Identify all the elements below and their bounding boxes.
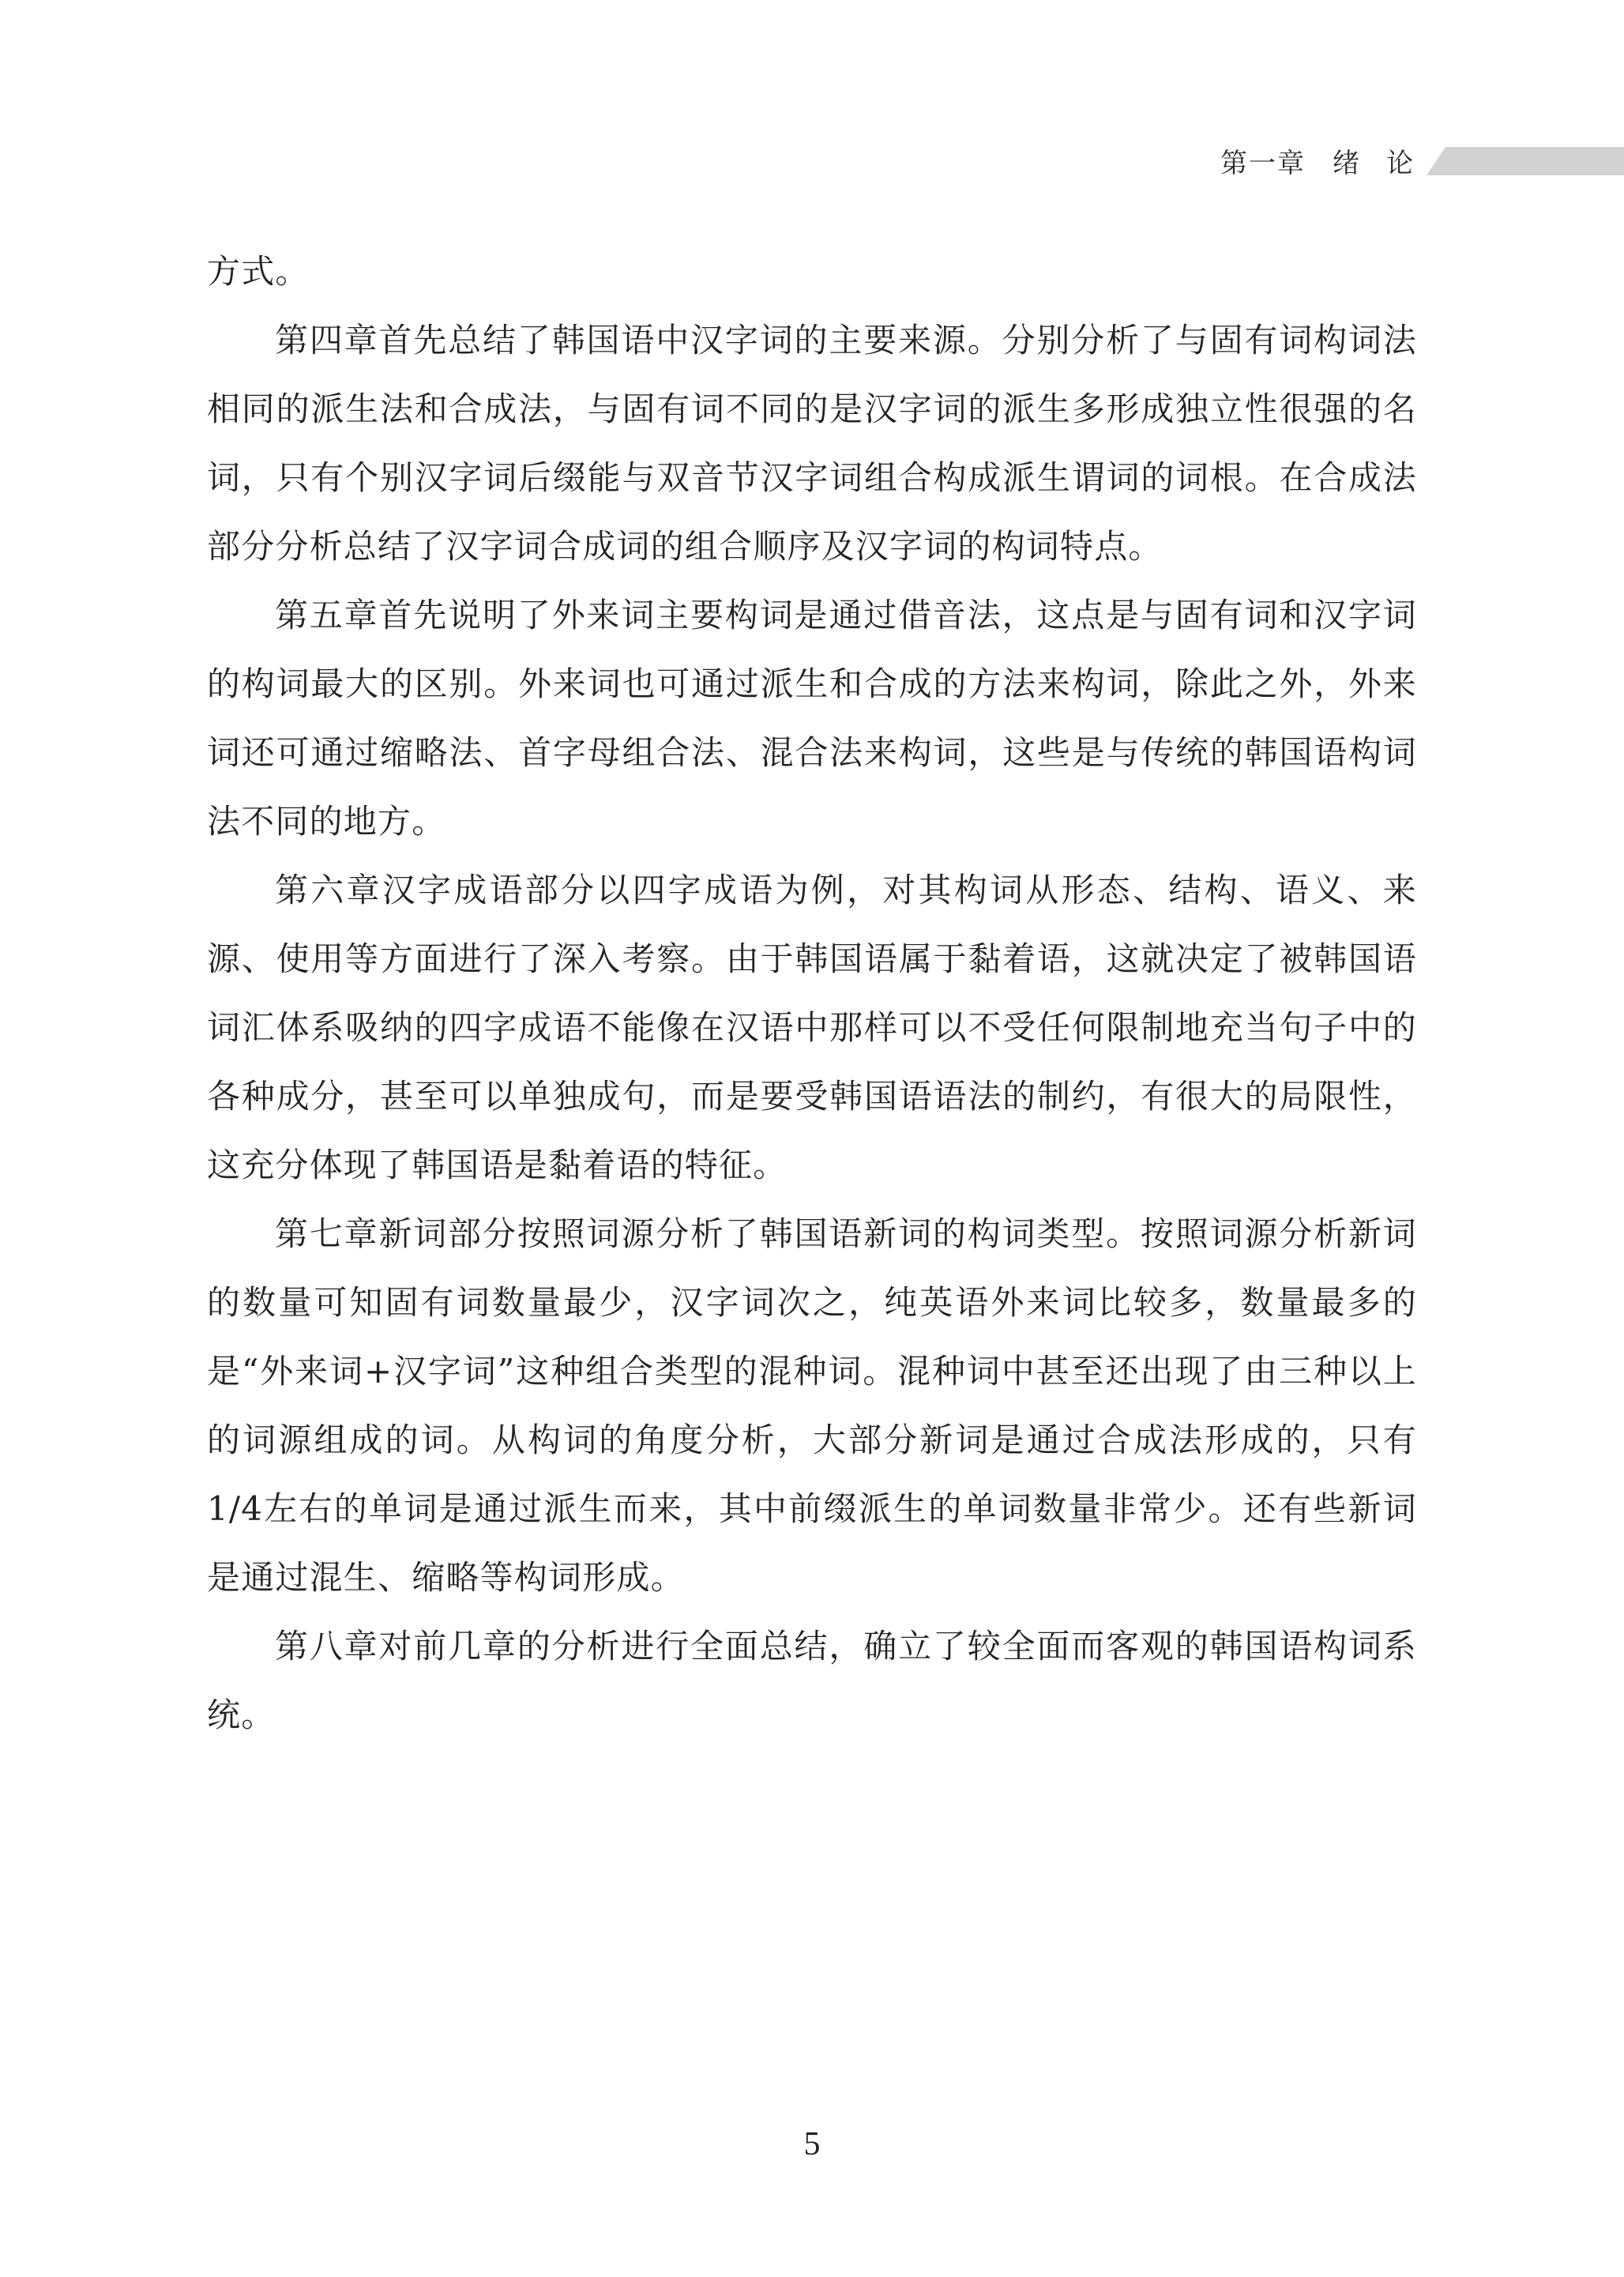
chapter-title-char-2: 论 (1386, 141, 1415, 180)
paragraph-chapter-5-summary: 第五章首先说明了外来词主要构词是通过借音法，这点是与固有词和汉字词的构词最大的区… (207, 581, 1417, 856)
paragraph-chapter-6-summary: 第六章汉字成语部分以四字成语为例，对其构词从形态、结构、语义、来源、使用等方面进… (207, 856, 1417, 1199)
paragraph-chapter-8-summary: 第八章对前几章的分析进行全面总结，确立了较全面而客观的韩国语构词系统。 (207, 1612, 1417, 1749)
header-decorative-bar (1427, 147, 1624, 175)
paragraph-chapter-4-summary: 第四章首先总结了韩国语中汉字词的主要来源。分别分析了与固有词构词法相同的派生法和… (207, 306, 1417, 581)
page-number: 5 (0, 2125, 1624, 2163)
chapter-number: 第一章 (1220, 141, 1306, 180)
paragraph-continuation: 方式。 (207, 237, 1417, 306)
body-text: 方式。 第四章首先总结了韩国语中汉字词的主要来源。分别分析了与固有词构词法相同的… (207, 237, 1417, 1749)
paragraph-chapter-7-summary: 第七章新词部分按照词源分析了韩国语新词的构词类型。按照词源分析新词的数量可知固有… (207, 1199, 1417, 1612)
chapter-title-char-1: 绪 (1333, 141, 1361, 180)
running-header: 第一章 绪 论 (1220, 141, 1415, 180)
